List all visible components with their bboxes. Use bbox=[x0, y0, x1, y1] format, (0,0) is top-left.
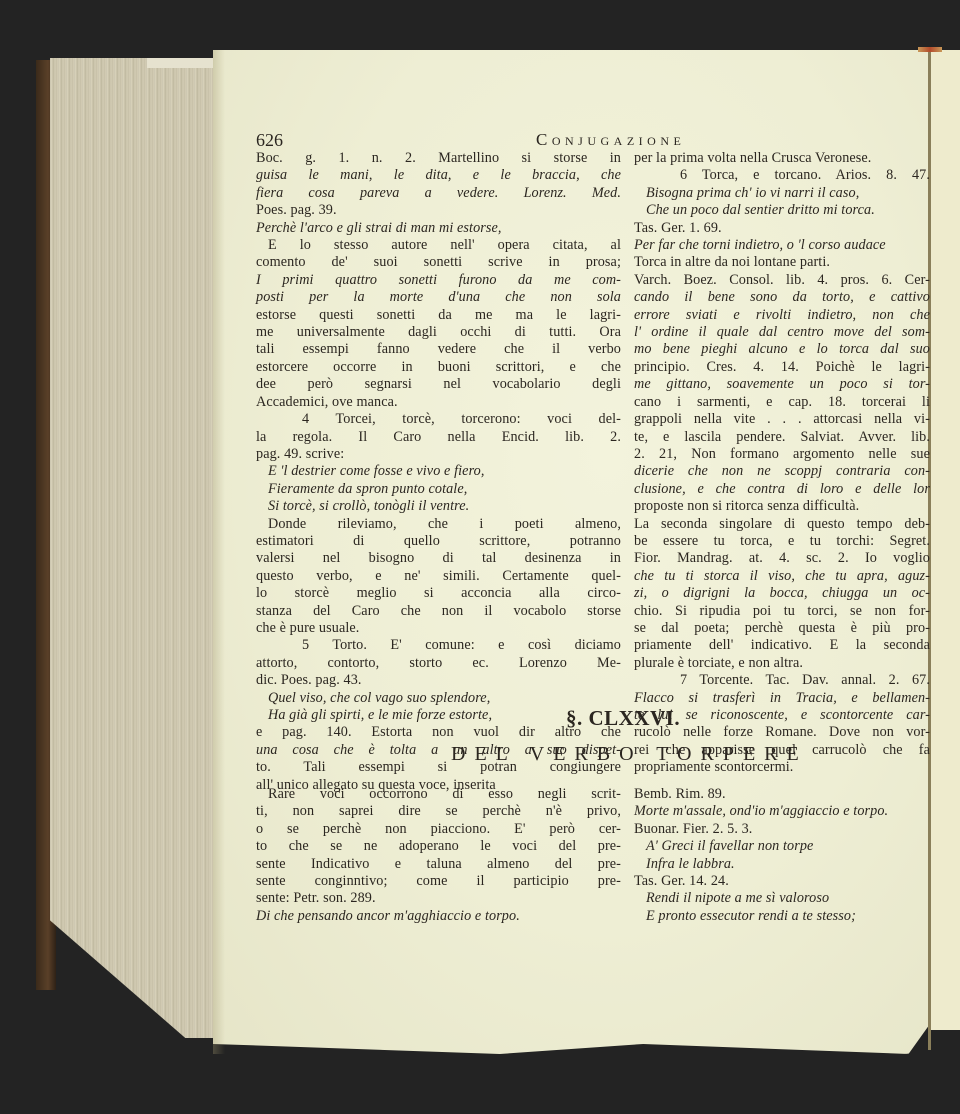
text-line: Fieramente da spron punto cotale, bbox=[256, 481, 621, 498]
page-number: 626 bbox=[256, 130, 283, 151]
text-line: te, e lascila pendere. Salviat. Avver. l… bbox=[634, 429, 930, 446]
text-line: to che se ne adoperano le voci del pre- bbox=[256, 838, 621, 855]
text-line: 4 Torcei, torcè, torcerono: voci del- bbox=[256, 411, 621, 428]
text-line: lo storcè meglio si acconcia alla circo- bbox=[256, 585, 621, 602]
section-number: §. CLXXVI. bbox=[566, 706, 680, 731]
text-line: 7 Torcente. Tac. Dav. annal. 2. 67. bbox=[634, 672, 930, 689]
text-line: Torca in altre da noi lontane parti. bbox=[634, 254, 930, 271]
text-line: Infra le labbra. bbox=[634, 856, 930, 873]
text-line: Rendi il nipote a me sì valoroso bbox=[634, 890, 930, 907]
text-line: plurale è torciate, e non altra. bbox=[634, 655, 930, 672]
text-line: me universalmente dagli occhi di tutti. … bbox=[256, 324, 621, 341]
text-line: clusione, e che contra di loro e delle l… bbox=[634, 481, 930, 498]
right-column: per la prima volta nella Crusca Veronese… bbox=[634, 150, 930, 777]
text-line: fiera cosa pareva a vedere. Lorenz. Med. bbox=[256, 185, 621, 202]
text-line: attorto, contorto, storto ec. Lorenzo Me… bbox=[256, 655, 621, 672]
text-line: dicerie che non ne scoppj contraria con- bbox=[634, 463, 930, 480]
text-line: ti, non saprei dire se perchè n'è privo, bbox=[256, 803, 621, 820]
text-line: E lo stesso autore nell' opera citata, a… bbox=[256, 237, 621, 254]
text-line: 5 Torto. E' comune: e così diciamo bbox=[256, 637, 621, 654]
text-line: me gittano, soavemente un poco si tor- bbox=[634, 376, 930, 393]
text-line: cando il bene sono da torto, e cattivo bbox=[634, 289, 930, 306]
text-line: estorcere occorre in buoni scrittori, e … bbox=[256, 359, 621, 376]
facing-page-edge bbox=[931, 50, 960, 1030]
text-line: o se perchè non piacciono. E' però cer- bbox=[256, 821, 621, 838]
text-line: Donde rileviamo, che i poeti almeno, bbox=[256, 516, 621, 533]
text-line: stanza del Caro che non il vocabolo stor… bbox=[256, 603, 621, 620]
text-line: tali essempi fanno vedere che il verbo bbox=[256, 341, 621, 358]
text-line: per la prima volta nella Crusca Veronese… bbox=[634, 150, 930, 167]
text-line: l' ordine il quale dal centro move del s… bbox=[634, 324, 930, 341]
text-line: che è pure usuale. bbox=[256, 620, 621, 637]
text-line: Perchè l'arco e gli strai di man mi esto… bbox=[256, 220, 621, 237]
text-line: I primi quattro sonetti furono da me com… bbox=[256, 272, 621, 289]
section-right-column: Bemb. Rim. 89.Morte m'assale, ond'io m'a… bbox=[634, 786, 930, 925]
running-head: Conjugazione bbox=[536, 130, 685, 150]
text-line: valersi nel bisogno di tal desinenza in bbox=[256, 550, 621, 567]
page-top-edge bbox=[147, 58, 215, 68]
text-line: Si torcè, si crollò, tonògli il ventre. bbox=[256, 498, 621, 515]
text-line: priamente dell' indicativo. E la seconda bbox=[634, 637, 930, 654]
text-line: pag. 49. scrive: bbox=[256, 446, 621, 463]
text-line: Tas. Ger. 14. 24. bbox=[634, 873, 930, 890]
text-line: guisa le mani, le dita, e le braccia, ch… bbox=[256, 167, 621, 184]
text-line: comento de' suoi sonetti scrive in prosa… bbox=[256, 254, 621, 271]
text-line: zi, o digrigni la bocca, chiugga un oc- bbox=[634, 585, 930, 602]
text-line: 6 Torca, e torcano. Arios. 8. 47. bbox=[634, 167, 930, 184]
left-column: Boc. g. 1. n. 2. Martellino si storse in… bbox=[256, 150, 621, 794]
text-line: Boc. g. 1. n. 2. Martellino si storse in bbox=[256, 150, 621, 167]
text-line: errore sviati e rivolti indietro, non ch… bbox=[634, 307, 930, 324]
text-line: La seconda singolare di questo tempo deb… bbox=[634, 516, 930, 533]
text-line: Bisogna prima ch' io vi narri il caso, bbox=[634, 185, 930, 202]
text-line: sente Indicativo e taluna almeno del pre… bbox=[256, 856, 621, 873]
text-line: 2. 21, Non formano argomento nelle sue bbox=[634, 446, 930, 463]
text-line: Flacco si trasferì in Tracia, e bellamen… bbox=[634, 690, 930, 707]
text-line: Poes. pag. 39. bbox=[256, 202, 621, 219]
text-line: A' Greci il favellar non torpe bbox=[634, 838, 930, 855]
text-line: proposte non si ritorca senza difficultà… bbox=[634, 498, 930, 515]
text-line: sente conginntivo; come il participio pr… bbox=[256, 873, 621, 890]
text-line: estorse questi sonetti da me ma le lagri… bbox=[256, 307, 621, 324]
text-line: mo bene pieghi alcuno e lo torca dal suo bbox=[634, 341, 930, 358]
text-line: la regola. Il Caro nella Encid. lib. 2. bbox=[256, 429, 621, 446]
text-line: Di che pensando ancor m'agghiaccio e tor… bbox=[256, 908, 621, 925]
text-line: estimatori di quello scrittore, potranno bbox=[256, 533, 621, 550]
text-line: Che un poco dal sentier dritto mi torca. bbox=[634, 202, 930, 219]
headband bbox=[918, 47, 942, 52]
text-line: grappoli nella vite . . . attorcasi nell… bbox=[634, 411, 930, 428]
text-line: be essere tu torca, e tu torchi: Segret. bbox=[634, 533, 930, 550]
text-line: Fior. Mandrag. at. 4. sc. 2. Io voglio bbox=[634, 550, 930, 567]
text-line: Buonar. Fier. 2. 5. 3. bbox=[634, 821, 930, 838]
page-edges-stack bbox=[50, 58, 215, 1038]
text-line: questo verbo, e ne' simili. Certamente q… bbox=[256, 568, 621, 585]
text-line: chio. Si ripudia poi tu torci, se non fo… bbox=[634, 603, 930, 620]
text-line: posti per la morte d'una che non sola bbox=[256, 289, 621, 306]
text-line: che tu ti storca il viso, che tu apra, a… bbox=[634, 568, 930, 585]
text-line: E pronto essecutor rendi a te stesso; bbox=[634, 908, 930, 925]
text-line: Accademici, ove manca. bbox=[256, 394, 621, 411]
text-line: E 'l destrier come fosse e vivo e fiero, bbox=[256, 463, 621, 480]
text-line: se dal poeta; perchè questa è più pro- bbox=[634, 620, 930, 637]
text-line: sente: Petr. son. 289. bbox=[256, 890, 621, 907]
section-title: DEL VERBO TORPERE bbox=[451, 743, 808, 766]
text-line: Morte m'assale, ond'io m'aggiaccio e tor… bbox=[634, 803, 930, 820]
text-line: Tas. Ger. 1. 69. bbox=[634, 220, 930, 237]
page-header: 626 Conjugazione bbox=[256, 130, 866, 152]
text-line: cano i sarmenti, e cap. 18. torcerai li bbox=[634, 394, 930, 411]
text-line: Per far che torni indietro, o 'l corso a… bbox=[634, 237, 930, 254]
text-line: Varch. Boez. Consol. lib. 4. pros. 6. Ce… bbox=[634, 272, 930, 289]
text-line: dic. Poes. pag. 43. bbox=[256, 672, 621, 689]
text-line: dee però segnarsi nel vocabolario degli bbox=[256, 376, 621, 393]
page-shadow bbox=[213, 50, 225, 1054]
text-line: principio. Cres. 4. 14. Poichè le lagri- bbox=[634, 359, 930, 376]
text-line: Rare voci occorrono di esso negli scrit- bbox=[256, 786, 621, 803]
section-left-column: Rare voci occorrono di esso negli scrit-… bbox=[256, 786, 621, 925]
text-line: Quel viso, che col vago suo splendore, bbox=[256, 690, 621, 707]
text-line: Bemb. Rim. 89. bbox=[634, 786, 930, 803]
